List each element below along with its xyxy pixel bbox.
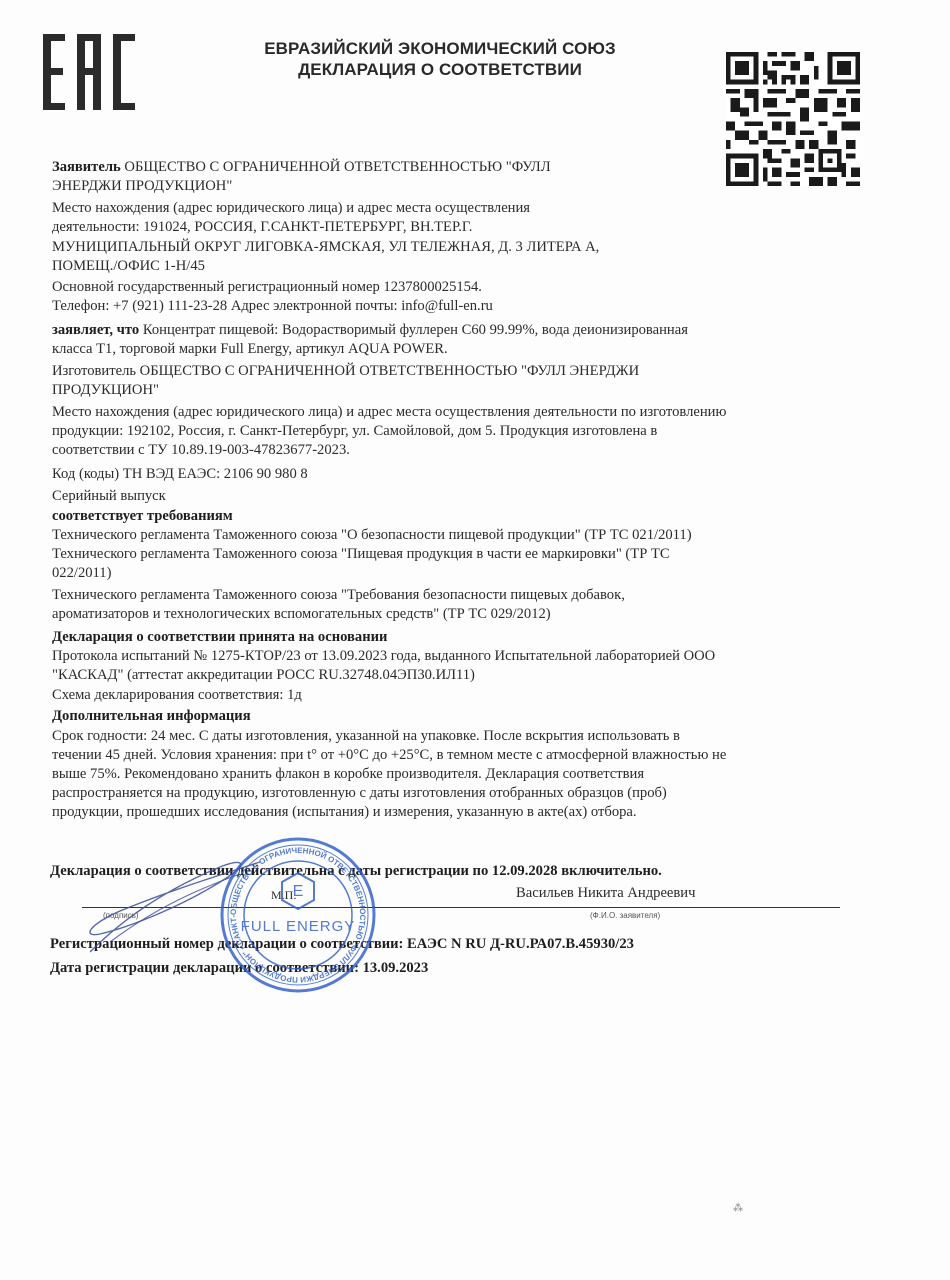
- company-stamp-icon: ОБЩЕСТВО С ОГРАНИЧЕННОЙ ОТВЕТСТВЕННОСТЬЮ…: [218, 835, 378, 995]
- basis-heading: Декларация о соответствии принята на осн…: [52, 628, 387, 646]
- scan-speck: ⁂: [733, 1203, 743, 1214]
- manufacturer-line1: Изготовитель ОБЩЕСТВО С ОГРАНИЧЕННОЙ ОТВ…: [52, 362, 639, 380]
- declares-line1: заявляет, что Концентрат пищевой: Водора…: [52, 321, 688, 339]
- applicant-address-line: ПОМЕЩ./ОФИС 1-Н/45: [52, 257, 205, 275]
- manufacturer-address-line: соответствии с ТУ 10.89.19-003-47823677-…: [52, 441, 350, 459]
- declares-label: заявляет, что: [52, 322, 139, 338]
- applicant-label: Заявитель: [52, 159, 121, 175]
- manufacturer-address-line: продукции: 192102, Россия, г. Санкт-Пете…: [52, 422, 657, 440]
- basis-line: "КАСКАД" (аттестат аккредитации РОСС RU.…: [52, 666, 475, 684]
- title-union: ЕВРАЗИЙСКИЙ ЭКОНОМИЧЕСКИЙ СОЮЗ: [230, 38, 650, 59]
- additional-line: Срок годности: 24 мес. С даты изготовлен…: [52, 727, 680, 745]
- signatory-name: Васильев Никита Андреевич: [516, 884, 695, 902]
- basis-line: Протокола испытаний № 1275-КТОР/23 от 13…: [52, 647, 715, 665]
- requirement-line: Технического регламента Таможенного союз…: [52, 586, 625, 604]
- name-caption: (Ф.И.О. заявителя): [590, 911, 660, 920]
- requirement-line: ароматизаторов и технологических вспомог…: [52, 605, 551, 623]
- additional-heading: Дополнительная информация: [52, 707, 251, 725]
- release-type: Серийный выпуск: [52, 487, 166, 505]
- eac-logo-icon: [43, 32, 135, 112]
- declares-line2: класса Т1, торговой марки Full Energy, а…: [52, 340, 448, 358]
- additional-line: распространяется на продукцию, изготовле…: [52, 784, 667, 802]
- svg-text:FULL ENERGY: FULL ENERGY: [241, 918, 356, 935]
- requirement-line: 022/2011): [52, 564, 111, 582]
- tn-ved-code: Код (коды) ТН ВЭД ЕАЭС: 2106 90 980 8: [52, 465, 308, 483]
- additional-line: течении 45 дней. Условия хранения: при t…: [52, 746, 726, 764]
- qr-code-icon[interactable]: [726, 50, 860, 188]
- svg-text:ОБЩЕСТВО С ОГРАНИЧЕННОЙ ОТВЕТС: ОБЩЕСТВО С ОГРАНИЧЕННОЙ ОТВЕТСТВЕННОСТЬЮ…: [218, 835, 367, 984]
- requirement-line: Технического регламента Таможенного союз…: [52, 526, 692, 544]
- applicant-address-line: Место нахождения (адрес юридического лиц…: [52, 199, 530, 217]
- manufacturer-line2: ПРОДУКЦИОН": [52, 381, 159, 399]
- declaration-page: ЕВРАЗИЙСКИЙ ЭКОНОМИЧЕСКИЙ СОЮЗ ДЕКЛАРАЦИ…: [0, 0, 950, 1280]
- manufacturer-address-line: Место нахождения (адрес юридического лиц…: [52, 403, 726, 421]
- applicant-address-line: МУНИЦИПАЛЬНЫЙ ОКРУГ ЛИГОВКА-ЯМСКАЯ, УЛ Т…: [52, 238, 599, 256]
- requirement-line: Технического регламента Таможенного союз…: [52, 545, 670, 563]
- additional-line: выше 75%. Рекомендовано хранить флакон в…: [52, 765, 644, 783]
- document-title: ЕВРАЗИЙСКИЙ ЭКОНОМИЧЕСКИЙ СОЮЗ ДЕКЛАРАЦИ…: [230, 38, 650, 80]
- requirements-heading: соответствует требованиям: [52, 507, 233, 525]
- applicant-ogrn: Основной государственный регистрационный…: [52, 278, 482, 296]
- applicant-address-line: деятельности: 191024, РОССИЯ, Г.САНКТ-ПЕ…: [52, 218, 472, 236]
- applicant-contacts: Телефон: +7 (921) 111-23-28 Адрес электр…: [52, 297, 493, 315]
- svg-text:E: E: [293, 883, 304, 900]
- basis-line: Схема декларирования соответствия: 1д: [52, 686, 302, 704]
- applicant-name-line2: ЭНЕРДЖИ ПРОДУКЦИОН": [52, 177, 232, 195]
- applicant-name-line1: Заявитель ОБЩЕСТВО С ОГРАНИЧЕННОЙ ОТВЕТС…: [52, 158, 551, 176]
- additional-line: продукции, прошедших исследования (испыт…: [52, 803, 637, 821]
- title-declaration: ДЕКЛАРАЦИЯ О СООТВЕТСТВИИ: [230, 59, 650, 80]
